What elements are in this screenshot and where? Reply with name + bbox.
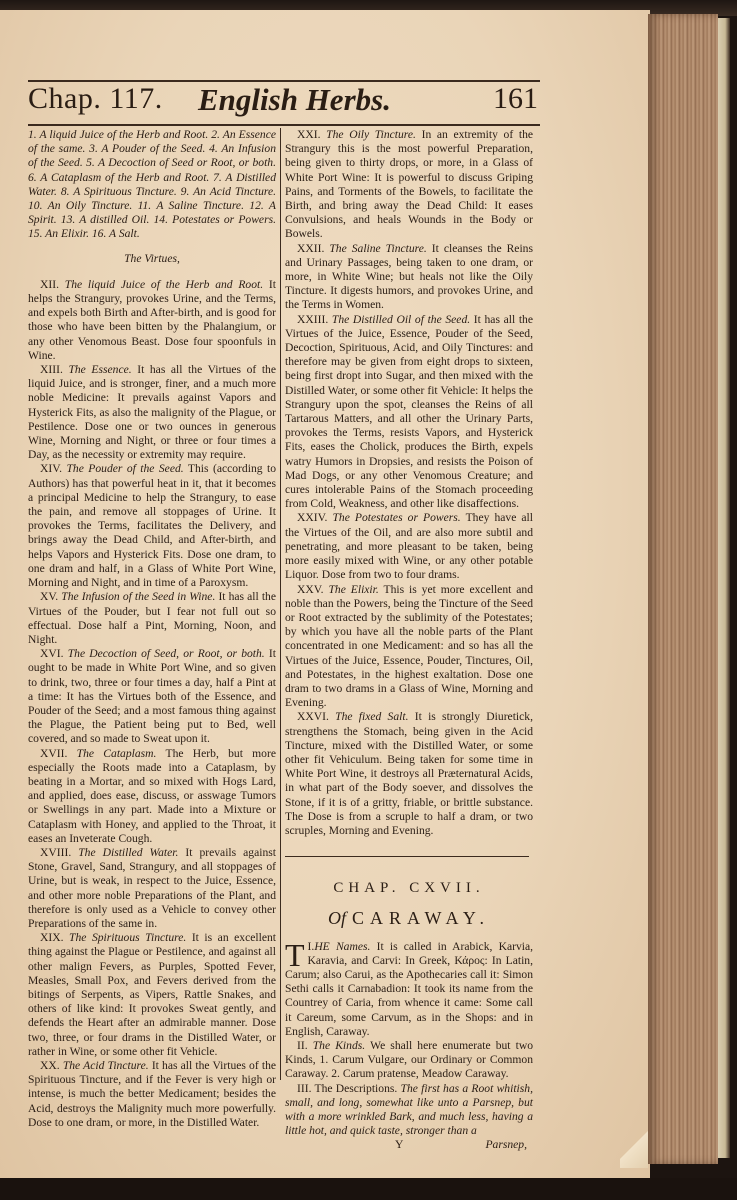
running-head-chapter: Chap. 117. — [28, 82, 163, 116]
folded-page-corner — [620, 1128, 648, 1168]
virtue-paragraph: XIX. The Spirituous Tincture. It is an e… — [28, 931, 276, 1059]
virtue-paragraph: XXIII. The Distilled Oil of the Seed. It… — [285, 313, 533, 512]
kinds-paragraph: II. The Kinds. We shall here enumerate b… — [285, 1039, 533, 1082]
book-cover-edge — [718, 18, 730, 1158]
running-head: Chap. 117. English Herbs. 161 — [28, 82, 540, 122]
page-stack-edge — [648, 14, 718, 1164]
virtue-paragraph: XIV. The Pouder of the Seed. This (accor… — [28, 462, 276, 590]
column-divider — [280, 128, 281, 1080]
catchword: Parsnep, — [485, 1138, 527, 1152]
virtue-paragraph: XX. The Acid Tincture. It has all the Vi… — [28, 1059, 276, 1130]
footer-row: Y Parsnep, — [285, 1138, 533, 1154]
right-column: XXI. The Oily Tincture. In an extremity … — [285, 128, 533, 1154]
chapter-heading: CHAP. CXVII. — [285, 881, 533, 895]
left-column: 1. A liquid Juice of the Herb and Root. … — [28, 128, 276, 1130]
virtue-paragraph: XXI. The Oily Tincture. In an extremity … — [285, 128, 533, 242]
drop-cap: T — [285, 942, 305, 968]
preparations-list: 1. A liquid Juice of the Herb and Root. … — [28, 128, 276, 242]
virtues-heading: The Virtues, — [28, 252, 276, 266]
page-number: 161 — [493, 82, 538, 116]
virtue-paragraph: XVIII. The Distilled Water. It prevails … — [28, 846, 276, 931]
signature-mark: Y — [395, 1138, 403, 1152]
virtue-paragraph: XVII. The Cataplasm. The Herb, but more … — [28, 747, 276, 846]
chapter-subheading: OfCARAWAY. — [285, 911, 533, 925]
virtue-paragraph: XV. The Infusion of the Seed in Wine. It… — [28, 590, 276, 647]
header-rule-bottom — [28, 124, 540, 126]
running-head-title: English Herbs. — [198, 82, 391, 118]
virtue-paragraph: XII. The liquid Juice of the Herb and Ro… — [28, 278, 276, 363]
virtue-paragraph: XXIV. The Potestates or Powers. They hav… — [285, 511, 533, 582]
virtue-paragraph: XXVI. The fixed Salt. It is strongly Diu… — [285, 710, 533, 838]
book-bottom-shadow — [0, 1178, 737, 1200]
virtue-paragraph: XXII. The Saline Tincture. It cleanses t… — [285, 242, 533, 313]
section-rule — [285, 856, 529, 857]
virtue-paragraph: XXV. The Elixir. This is yet more excell… — [285, 583, 533, 711]
virtue-paragraph: XVI. The Decoction of Seed, or Root, or … — [28, 647, 276, 746]
virtue-paragraph: XIII. The Essence. It has all the Virtue… — [28, 363, 276, 462]
descriptions-paragraph: III. The Descriptions. The first has a R… — [285, 1082, 533, 1139]
names-paragraph: I.THE Names. It is called in Arabick, Ka… — [285, 940, 533, 1039]
